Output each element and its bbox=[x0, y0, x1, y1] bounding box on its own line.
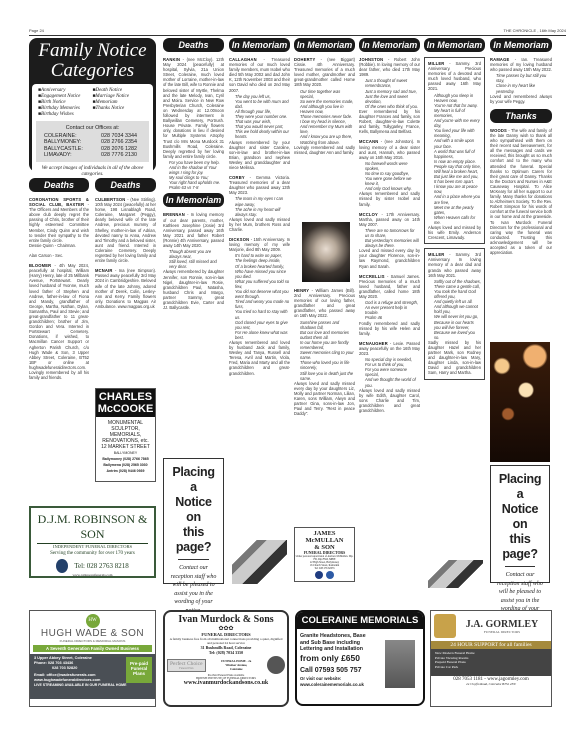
placing-notice-box-2: Placing a Notice on this page? Contact o… bbox=[490, 465, 550, 583]
notice-brennan: BRENNAN - In loving memory of our dear p… bbox=[163, 212, 224, 248]
section-deaths: Deaths bbox=[163, 38, 224, 52]
ad-hugh-wade: HW HUGH WADE & SON FUNERAL DIRECTORS & M… bbox=[29, 610, 156, 707]
bible-cross-image bbox=[232, 540, 287, 584]
rankin-verse: For you have been my help.And in the sha… bbox=[163, 160, 224, 191]
notice-coronation: CORONATION SPORTS & SOCIAL CLUB, BAXTER … bbox=[29, 197, 89, 248]
notice-coronation-sig: Alan Carson - Sec. bbox=[29, 253, 89, 258]
notice-corby: CORBY - Gemma Victoria. Treasured memori… bbox=[229, 175, 290, 195]
notice-miller-1: MILLER - Sammy. 3rd Anniversary. Preciou… bbox=[424, 57, 485, 244]
headstone-image bbox=[385, 640, 415, 688]
notice-mccloy: MCCLOY - 17th Anniversary. Martha, passe… bbox=[359, 212, 420, 227]
ad-djm-robinson: D.J.M. ROBINSON & SON INDEPENDENT FUNERA… bbox=[29, 506, 156, 578]
section-memoriam: In Memoriam bbox=[229, 38, 290, 52]
notice-doherty: DOHERTY - (nee Biggart) Cissie. 4th Anni… bbox=[294, 57, 355, 88]
category-birthday-wishes: Birthday Wishes bbox=[38, 112, 93, 117]
bible-cross-image-2 bbox=[428, 560, 483, 588]
category-birth: Birth Notice bbox=[38, 100, 93, 105]
notice-mccrellis: MCCRELLIS - Samuel James. Precious memor… bbox=[359, 274, 420, 299]
office-row: LIMAVADY:028 7776 2130 bbox=[44, 152, 141, 158]
notice-culbertson: CULBERTSON - (Nee Stirling). 10th May 20… bbox=[95, 197, 156, 263]
notice-mcnair: MCNAIR - Ina (nee Simpson). Passed away … bbox=[95, 268, 156, 309]
notice-henry: HENRY - William James (Bill). 2nd Annive… bbox=[294, 288, 355, 319]
column-3: Deaths RANKIN - (nee McCloy). 12th May 2… bbox=[163, 38, 224, 315]
section-memoriam: In Memoriam bbox=[424, 38, 485, 52]
section-memoriam: In Memoriam bbox=[294, 38, 355, 52]
column-5: In Memoriam DOHERTY - (nee Biggart) Ciss… bbox=[294, 38, 355, 160]
notice-callaghan: CALLAGHAN - Treasured memories of our mu… bbox=[229, 57, 290, 93]
ad-ivan-murdock: Ivan Murdock & Sons ✿✿✿ FUNERAL DIRECTOR… bbox=[163, 610, 289, 707]
header-rule bbox=[29, 35, 566, 36]
notice-rankin: RANKIN - (nee McCloy). 12th May 2024 (pe… bbox=[163, 57, 224, 159]
nafd-badge-icon bbox=[315, 571, 323, 579]
section-memoriam: In Memoriam bbox=[163, 193, 224, 207]
column-deaths-2: Deaths CULBERTSON - (Nee Stirling). 10th… bbox=[95, 178, 156, 314]
ad-coleraine-memorials: COLERAINE MEMORIALS Granite Headstones, … bbox=[295, 610, 425, 706]
mccooke-name: CHARLESMcCOOKE bbox=[96, 389, 155, 417]
crm-title: COLERAINE MEMORIALS bbox=[297, 612, 423, 629]
categories-footer: We accept images of individuals in all o… bbox=[38, 166, 147, 178]
ad-james-mcmullan: JAMES McMULLAN & SON FUNERAL DIRECTORS U… bbox=[294, 527, 355, 582]
category-list: Anniversary Death Notice Engagement Noti… bbox=[38, 88, 147, 117]
section-memoriam: In Memoriam bbox=[359, 38, 420, 52]
section-deaths: Deaths bbox=[29, 178, 89, 192]
column-deaths-1: Deaths CORONATION SPORTS & SOCIAL CLUB, … bbox=[29, 178, 89, 385]
wade-logo-icon: HW bbox=[86, 614, 100, 628]
djm-name: D.J.M. ROBINSON & SON bbox=[31, 508, 154, 542]
category-thanks: Thanks Notice bbox=[93, 106, 148, 111]
placing-notice-box: Placing a Notice on this page? Contact o… bbox=[163, 458, 224, 584]
section-deaths: Deaths bbox=[95, 178, 156, 192]
notice-bloomer: BLOOMER - 4th May 2024, peacefully at ho… bbox=[29, 263, 89, 380]
office-contacts: Contact our Offices at: COLERAINE:028 70… bbox=[36, 121, 149, 162]
notice-dickson: DICKSON - 15th Anniversary. In loving me… bbox=[229, 237, 290, 252]
paper-title-date: THE CHRONICLE , 16th May 2024 bbox=[504, 28, 566, 33]
section-thanks: Thanks bbox=[490, 109, 552, 123]
murdock-lion-crest-icon bbox=[267, 656, 285, 674]
column-6: In Memoriam JOHNSTON - Robert John (Robb… bbox=[359, 38, 420, 418]
gormley-crest-icon bbox=[434, 614, 456, 638]
brennan-after: Always remembered by daughter Jennifer, … bbox=[163, 269, 224, 310]
category-memoriam: Memoriam bbox=[93, 100, 148, 105]
category-birthday-memories: Birthday Memories bbox=[38, 106, 93, 111]
notice-miller-2: MILLER - Sammy. 3rd Anniversary. In lovi… bbox=[424, 248, 485, 379]
notice-woods: WOODS - The wife and family of the late … bbox=[490, 128, 552, 255]
category-marriage: Marriage Notice bbox=[93, 94, 148, 99]
brennan-verse: Though absent you are always near,Still … bbox=[163, 249, 224, 269]
column-5b: HENRY - William James (Bill). 2nd Annive… bbox=[294, 288, 355, 421]
page-number: Page 24 bbox=[29, 28, 44, 33]
djm-crest-icon bbox=[56, 559, 68, 573]
notice-johnston: JOHNSTON - Robert John (Robbie). In lovi… bbox=[359, 57, 420, 77]
wade-name: HUGH WADE & SON bbox=[30, 628, 155, 639]
henry-photo bbox=[302, 222, 350, 282]
category-engagement: Engagement Notice bbox=[38, 94, 93, 99]
column-4: In Memoriam CALLAGHAN - Treasured memori… bbox=[229, 38, 290, 381]
column-7: In Memoriam MILLER - Sammy. 3rd Annivers… bbox=[424, 38, 485, 380]
saif-badge-icon bbox=[326, 571, 334, 579]
contact-heading: Contact our Offices at: bbox=[44, 125, 141, 131]
categories-title-1: Family Notice bbox=[32, 41, 153, 61]
notice-mcnaugher: MCNAUGHER - Lexie. Passed away peacefull… bbox=[359, 341, 420, 356]
candle-image bbox=[490, 342, 550, 462]
section-memoriam: In Memoriam bbox=[490, 38, 552, 52]
prepaid-plans-badge: Pre-paid Funeral Plans bbox=[126, 657, 152, 683]
categories-title-2: Categories bbox=[32, 61, 153, 81]
category-anniversary: Anniversary bbox=[38, 88, 93, 93]
notice-ramage: RAMAGE - Ian. Treasured memories of my l… bbox=[490, 57, 552, 72]
ad-charles-mccooke: CHARLESMcCOOKE MONUMENTALSCULPTOR,MEMORI… bbox=[95, 388, 156, 482]
ad-ja-gormley: J.A. GORMLEY FUNERAL DIRECTORS 24 HOUR S… bbox=[430, 610, 552, 707]
column-8: In Memoriam RAMAGE - Ian. Treasured memo… bbox=[490, 38, 552, 260]
notice-mccann: MCCANN - (nee Johnston). In loving memor… bbox=[359, 139, 420, 159]
family-notice-categories: Family Notice Categories Anniversary Dea… bbox=[29, 38, 156, 172]
category-death-notice: Death Notice bbox=[93, 88, 148, 93]
